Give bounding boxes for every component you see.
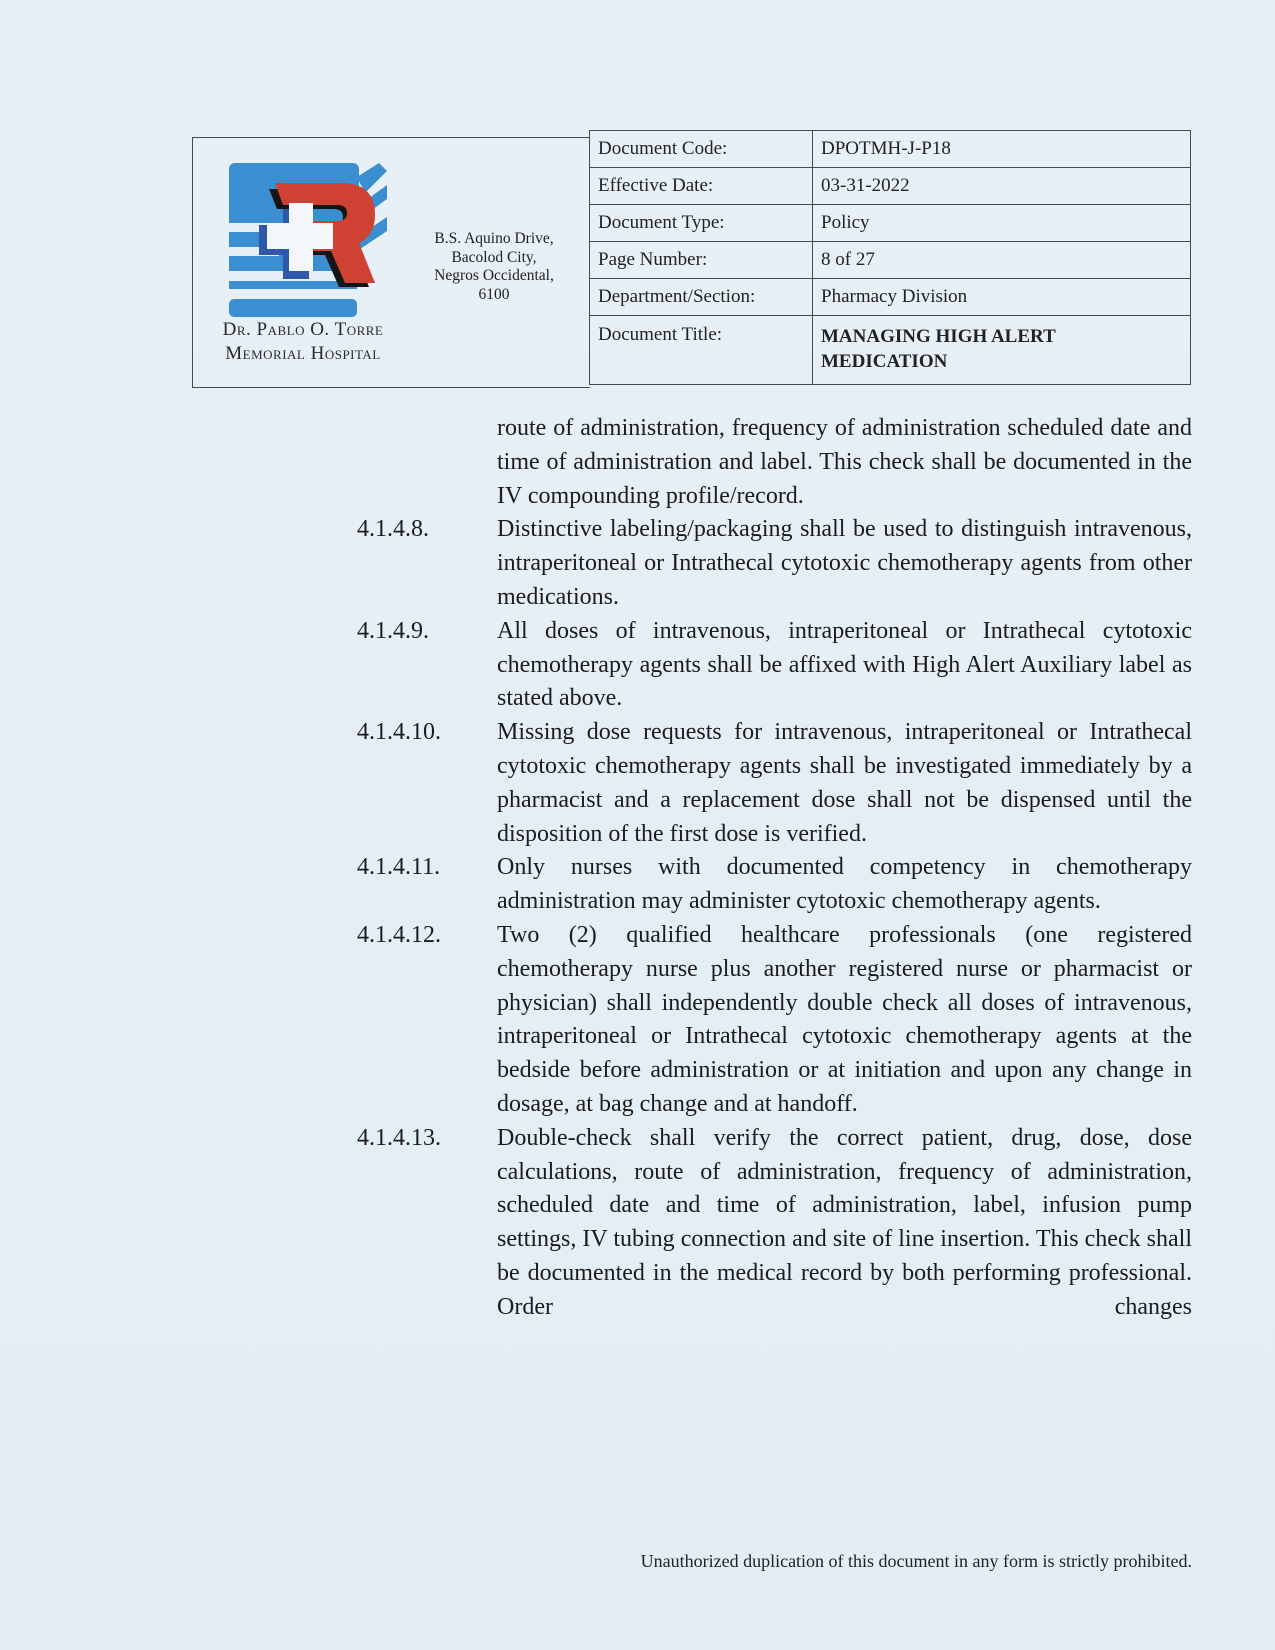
item-text: All doses of intravenous, intraperitonea… [497, 615, 1192, 716]
hospital-address: B.S. Aquino Drive, Bacolod City, Negros … [411, 230, 577, 304]
meta-label: Effective Date: [590, 168, 813, 205]
meta-label: Document Title: [590, 316, 813, 385]
item-number: 4.1.4.9. [357, 615, 497, 716]
policy-item: 4.1.4.12. Two (2) qualified healthcare p… [357, 919, 1192, 1122]
meta-value-document-type: Policy [813, 205, 1191, 242]
footer-notice: Unauthorized duplication of this documen… [552, 1551, 1192, 1572]
meta-value-document-code: DPOTMH-J-P18 [813, 131, 1191, 168]
policy-item: 4.1.4.11. Only nurses with documented co… [357, 851, 1192, 919]
meta-label: Page Number: [590, 242, 813, 279]
item-text: Double-check shall verify the correct pa… [497, 1122, 1192, 1325]
address-line: 6100 [411, 286, 577, 305]
item-number: 4.1.4.10. [357, 716, 497, 851]
item-number: 4.1.4.13. [357, 1122, 497, 1325]
meta-row-document-code: Document Code: DPOTMH-J-P18 [590, 131, 1191, 168]
document-title-line1: MANAGING HIGH ALERT [821, 324, 1184, 349]
hospital-name-line1: Dr. Pablo O. Torre [193, 318, 413, 342]
item-number: 4.1.4.12. [357, 919, 497, 1122]
meta-row-document-title: Document Title: MANAGING HIGH ALERT MEDI… [590, 316, 1191, 385]
meta-row-document-type: Document Type: Policy [590, 205, 1191, 242]
policy-item: 4.1.4.10. Missing dose requests for intr… [357, 716, 1192, 851]
policy-item: 4.1.4.8. Distinctive labeling/packaging … [357, 513, 1192, 614]
policy-body: route of administration, frequency of ad… [357, 412, 1192, 1325]
document-header: Dr. Pablo O. Torre Memorial Hospital B.S… [192, 137, 590, 388]
address-line: B.S. Aquino Drive, [411, 230, 577, 249]
meta-row-page-number: Page Number: 8 of 27 [590, 242, 1191, 279]
address-line: Negros Occidental, [411, 267, 577, 286]
document-metadata-table: Document Code: DPOTMH-J-P18 Effective Da… [589, 130, 1191, 385]
hospital-name-line2: Memorial Hospital [193, 342, 413, 366]
meta-value-document-title: MANAGING HIGH ALERT MEDICATION [813, 316, 1191, 385]
meta-label: Document Type: [590, 205, 813, 242]
item-number: 4.1.4.8. [357, 513, 497, 614]
address-line: Bacolod City, [411, 249, 577, 268]
meta-value-department: Pharmacy Division [813, 279, 1191, 316]
item-text: Two (2) qualified healthcare professiona… [497, 919, 1192, 1122]
policy-item: 4.1.4.9. All doses of intravenous, intra… [357, 615, 1192, 716]
meta-label: Document Code: [590, 131, 813, 168]
continued-paragraph: route of administration, frequency of ad… [497, 412, 1192, 513]
item-text: Only nurses with documented competency i… [497, 851, 1192, 919]
meta-value-page-number: 8 of 27 [813, 242, 1191, 279]
hospital-logo-icon [229, 163, 387, 319]
meta-value-effective-date: 03-31-2022 [813, 168, 1191, 205]
item-text: Missing dose requests for intravenous, i… [497, 716, 1192, 851]
document-title-line2: MEDICATION [821, 349, 1184, 374]
meta-label: Department/Section: [590, 279, 813, 316]
hospital-name: Dr. Pablo O. Torre Memorial Hospital [193, 318, 413, 366]
meta-row-department: Department/Section: Pharmacy Division [590, 279, 1191, 316]
item-text: Distinctive labeling/packaging shall be … [497, 513, 1192, 614]
policy-item: 4.1.4.13. Double-check shall verify the … [357, 1122, 1192, 1325]
meta-row-effective-date: Effective Date: 03-31-2022 [590, 168, 1191, 205]
item-number: 4.1.4.11. [357, 851, 497, 919]
